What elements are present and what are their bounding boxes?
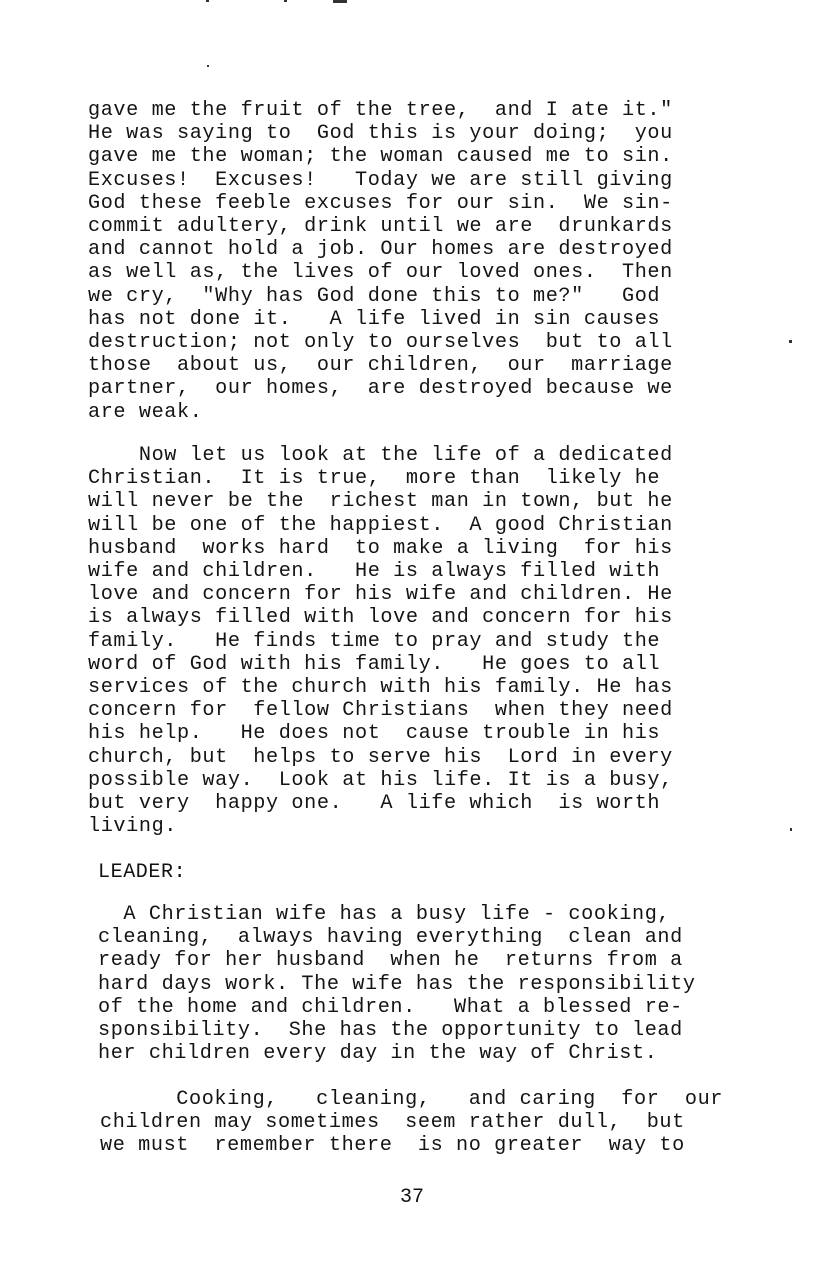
text-line: are weak. (88, 401, 748, 424)
text-line: wife and children. He is always filled w… (88, 560, 748, 583)
text-line: He was saying to God this is your doing;… (88, 122, 748, 145)
paragraph-christian-wife: A Christian wife has a busy life - cooki… (98, 903, 758, 1065)
paragraph-cooking-cleaning: Cooking, cleaning, and caring for our ch… (100, 1088, 760, 1158)
text-line: Cooking, cleaning, and caring for our (100, 1088, 760, 1111)
text-line: cleaning, always having everything clean… (98, 926, 758, 949)
text-line: will be one of the happiest. A good Chri… (88, 514, 748, 537)
text-line: possible way. Look at his life. It is a … (88, 769, 748, 792)
text-line: services of the church with his family. … (88, 676, 748, 699)
text-line: hard days work. The wife has the respons… (98, 973, 758, 996)
text-line: God these feeble excuses for our sin. We… (88, 192, 748, 215)
text-line: her children every day in the way of Chr… (98, 1042, 758, 1065)
text-line: partner, our homes, are destroyed becaus… (88, 377, 748, 400)
text-line: Christian. It is true, more than likely … (88, 467, 748, 490)
scan-speck (284, 0, 287, 2)
text-line: gave me the fruit of the tree, and I ate… (88, 99, 748, 122)
text-line: husband works hard to make a living for … (88, 537, 748, 560)
text-line: we cry, "Why has God done this to me?" G… (88, 285, 748, 308)
text-line: gave me the woman; the woman caused me t… (88, 145, 748, 168)
text-line: church, but helps to serve his Lord in e… (88, 746, 748, 769)
text-line: family. He finds time to pray and study … (88, 630, 748, 653)
speaker-label: LEADER: (98, 861, 186, 884)
text-line: sponsibility. She has the opportunity to… (98, 1019, 758, 1042)
text-line: we must remember there is no greater way… (100, 1134, 760, 1157)
text-line: has not done it. A life lived in sin cau… (88, 308, 748, 331)
scan-speck (790, 828, 792, 831)
scan-speck (206, 0, 209, 2)
text-line: but very happy one. A life which is wort… (88, 792, 748, 815)
text-line: commit adultery, drink until we are drun… (88, 215, 748, 238)
text-line: Excuses! Excuses! Today we are still giv… (88, 169, 748, 192)
text-line: will never be the richest man in town, b… (88, 490, 748, 513)
text-line: as well as, the lives of our loved ones.… (88, 261, 748, 284)
scan-speck (333, 0, 347, 3)
document-page: gave me the fruit of the tree, and I ate… (0, 0, 824, 1274)
text-line: children may sometimes seem rather dull,… (100, 1111, 760, 1134)
paragraph-excuses: gave me the fruit of the tree, and I ate… (88, 99, 748, 424)
text-line: A Christian wife has a busy life - cooki… (98, 903, 758, 926)
text-line: and cannot hold a job. Our homes are des… (88, 238, 748, 261)
text-line: living. (88, 815, 748, 838)
page-number: 37 (0, 1186, 824, 1209)
speaker-label-block: LEADER: (98, 861, 758, 884)
text-line: destruction; not only to ourselves but t… (88, 331, 748, 354)
text-line: those about us, our children, our marria… (88, 354, 748, 377)
text-line: ready for her husband when he returns fr… (98, 949, 758, 972)
text-line: word of God with his family. He goes to … (88, 653, 748, 676)
text-line: love and concern for his wife and childr… (88, 583, 748, 606)
text-line: of the home and children. What a blessed… (98, 996, 758, 1019)
scan-speck (207, 65, 209, 67)
text-line: is always filled with love and concern f… (88, 606, 748, 629)
scan-speck (789, 340, 792, 343)
text-line: his help. He does not cause trouble in h… (88, 722, 748, 745)
paragraph-dedicated-christian: Now let us look at the life of a dedicat… (88, 444, 748, 838)
text-line: concern for fellow Christians when they … (88, 699, 748, 722)
text-line: Now let us look at the life of a dedicat… (88, 444, 748, 467)
